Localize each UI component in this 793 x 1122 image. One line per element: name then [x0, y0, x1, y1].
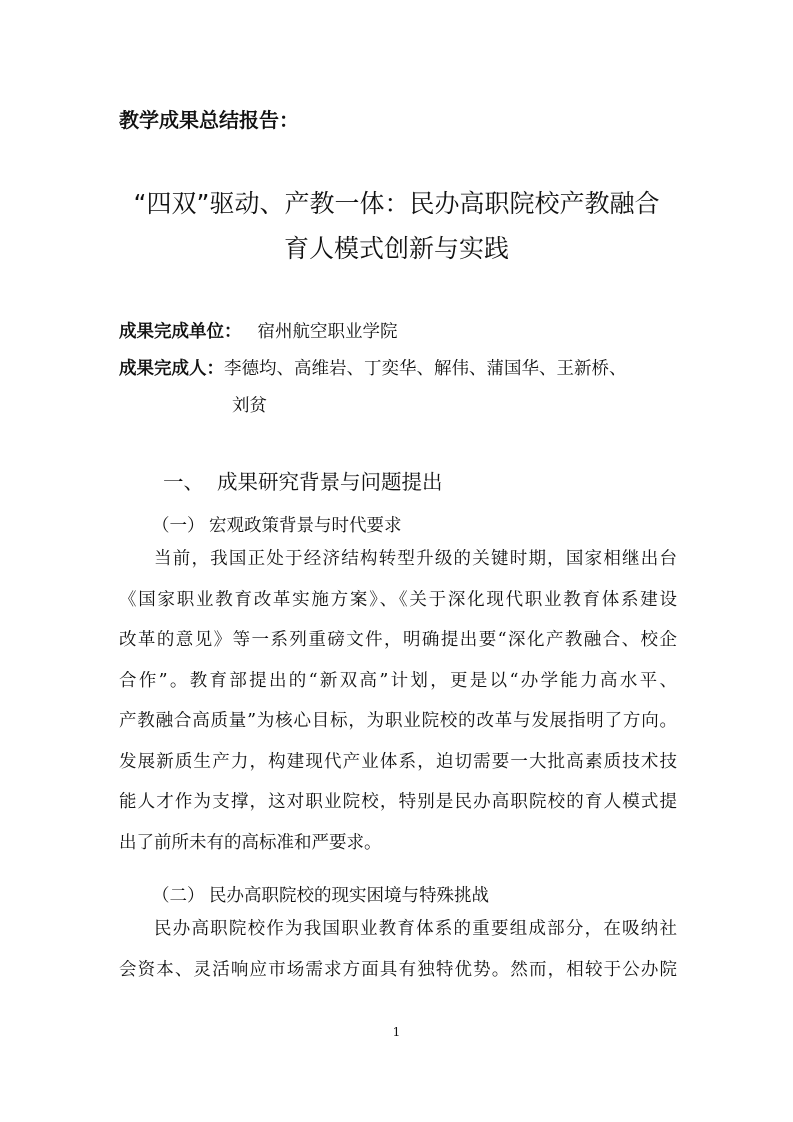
- document-page: 教学成果总结报告： “四双”驱动、产教一体：民办高职院校产教融合 育人模式创新与…: [0, 0, 793, 1122]
- paragraph-line: 能人才作为支撑，这对职业院校，特别是民办高职院校的育人模式提: [119, 782, 677, 823]
- subsection-heading-1: （一）宏观政策背景与时代要求: [152, 512, 402, 537]
- paragraph-line: 民办高职院校作为我国职业教育体系的重要组成部分，在吸纳社: [119, 909, 677, 950]
- paragraph-line: 出了前所未有的高标准和严要求。: [119, 823, 677, 864]
- completion-persons-value-cont: 刘贫: [232, 392, 267, 417]
- report-label: 教学成果总结报告：: [119, 104, 299, 133]
- paragraph-line: 发展新质生产力，构建现代产业体系，迫切需要一大批高素质技术技: [119, 742, 677, 783]
- title-line-1: “四双”驱动、产教一体：民办高职院校产教融合: [0, 184, 793, 220]
- completion-persons-row: 成果完成人：李德均、高维岩、丁奕华、解伟、蒲国华、王新桥、: [119, 355, 627, 380]
- subsection-heading-2: （二）民办高职院校的现实困境与特殊挑战: [152, 882, 489, 907]
- section-number: 一、: [163, 465, 217, 495]
- page-number: 1: [0, 1025, 793, 1039]
- paragraph-policy-background: 当前，我国正处于经济结构转型升级的关键时期，国家相继出台 《国家职业教育改革实施…: [119, 539, 677, 863]
- paragraph-line: 当前，我国正处于经济结构转型升级的关键时期，国家相继出台: [119, 539, 677, 580]
- completion-persons-value: 李德均、高维岩、丁奕华、解伟、蒲国华、王新桥、: [224, 359, 627, 379]
- completion-unit-value: 宿州航空职业学院: [258, 322, 398, 342]
- paragraph-line: 《国家职业教育改革实施方案》、《关于深化现代职业教育体系建设: [119, 580, 677, 621]
- paragraph-line: 会资本、灵活响应市场需求方面具有独特优势。然而，相较于公办院: [119, 950, 677, 991]
- section-title: 成果研究背景与问题提出: [217, 470, 443, 494]
- subsection-number: （二）: [152, 882, 209, 907]
- paragraph-line: 合作”。教育部提出的“新双高”计划，更是以“办学能力高水平、: [119, 661, 677, 702]
- completion-unit-label: 成果完成单位：: [119, 322, 242, 342]
- paragraph-private-colleges: 民办高职院校作为我国职业教育体系的重要组成部分，在吸纳社 会资本、灵活响应市场需…: [119, 909, 677, 990]
- title-line-2: 育人模式创新与实践: [0, 229, 793, 265]
- paragraph-line: 产教融合高质量”为核心目标，为职业院校的改革与发展指明了方向。: [119, 701, 677, 742]
- section-heading-1: 一、成果研究背景与问题提出: [163, 465, 443, 495]
- completion-unit-row: 成果完成单位：宿州航空职业学院: [119, 318, 398, 343]
- completion-persons-label: 成果完成人：: [119, 359, 224, 379]
- subsection-title: 民办高职院校的现实困境与特殊挑战: [209, 886, 489, 906]
- paragraph-line: 改革的意见》等一系列重磅文件，明确提出要“深化产教融合、校企: [119, 620, 677, 661]
- subsection-number: （一）: [152, 512, 209, 537]
- subsection-title: 宏观政策背景与时代要求: [209, 516, 402, 536]
